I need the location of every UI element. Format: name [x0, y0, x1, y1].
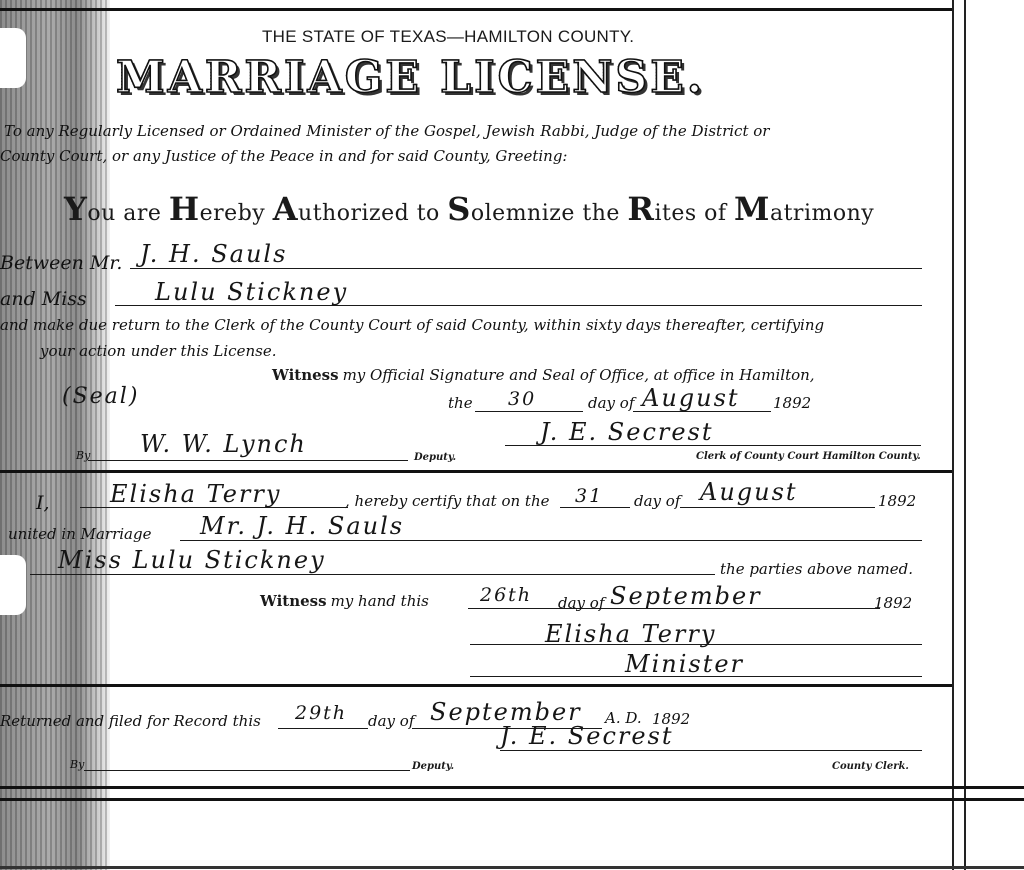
i-label: I,	[36, 492, 50, 514]
auth-cap-r: R	[627, 190, 654, 228]
seal-mark: (Seal)	[62, 384, 139, 409]
cert-groom-name: Mr. J. H. Sauls	[200, 512, 404, 540]
between-label: Between Mr.	[0, 252, 122, 274]
section-divider-1	[0, 470, 952, 473]
return-clerk-line	[500, 750, 922, 751]
cert-month-line	[680, 507, 875, 508]
return-by-label: By	[70, 758, 84, 771]
state-header: THE STATE OF TEXAS—HAMILTON COUNTY.	[262, 27, 634, 47]
return-clerk-signature: J. E. Secrest	[500, 722, 674, 750]
return-deputy-label: Deputy.	[412, 761, 454, 772]
cert-year: 1892	[878, 492, 916, 510]
return-day-line	[278, 728, 368, 729]
cert-month: August	[700, 478, 798, 506]
auth-text: ites of	[654, 201, 734, 226]
witness-text: my Official Signature and Seal of Office…	[343, 366, 815, 384]
bottom-edge	[0, 866, 1024, 869]
salutation-line-2: County Court, or any Justice of the Peac…	[0, 147, 567, 165]
the-label: the	[448, 394, 473, 412]
bottom-rule-1	[0, 786, 1024, 789]
section-divider-2	[0, 684, 952, 687]
cert-witness-word: Witness	[260, 592, 327, 610]
cert-witness-day-of: day of	[558, 594, 604, 612]
united-line	[180, 540, 922, 541]
clerk-signature: J. E. Secrest	[540, 418, 714, 446]
bride-line	[115, 305, 922, 306]
groom-name: J. H. Sauls	[140, 240, 287, 268]
certify-text: , hereby certify that on the	[345, 492, 550, 510]
auth-text: uthorized to	[298, 201, 447, 226]
day-of-label: day of	[588, 394, 634, 412]
witness-word: Witness	[272, 366, 339, 384]
witness-line: Witness my Official Signature and Seal o…	[272, 366, 815, 385]
return-line-2: your action under this License.	[40, 342, 276, 360]
auth-text: olemnize the	[471, 201, 628, 226]
minister-signature: Elisha Terry	[545, 620, 716, 648]
parties-text: the parties above named.	[720, 560, 913, 578]
bottom-rule-2	[0, 798, 1024, 801]
right-border-inner	[952, 0, 954, 870]
license-year: 1892	[773, 394, 811, 412]
return-by-line	[84, 770, 410, 771]
deputy-signature: W. W. Lynch	[140, 430, 307, 458]
punch-hole-bottom	[0, 555, 26, 615]
top-border	[0, 8, 952, 11]
cert-bride-line	[30, 574, 715, 575]
return-clerk-title: County Clerk.	[832, 761, 909, 772]
cert-witness-line: Witness my hand this	[260, 592, 429, 611]
clerk-title: Clerk of County Court Hamilton County.	[696, 451, 921, 462]
document-title: MARRIAGE LICENSE.	[116, 52, 705, 103]
united-label: united in Marriage	[8, 525, 151, 543]
cert-bride-name: Miss Lulu Stickney	[58, 546, 326, 574]
salutation-line-1: To any Regularly Licensed or Ordained Mi…	[4, 122, 769, 140]
groom-line	[130, 268, 922, 269]
minister-title: Minister	[625, 650, 744, 678]
cert-witness-year: 1892	[874, 594, 912, 612]
and-miss-label: and Miss	[0, 288, 87, 310]
bride-name: Lulu Stickney	[155, 278, 348, 306]
cert-witness-month: September	[610, 582, 762, 610]
cert-day-of-label: day of	[634, 492, 680, 510]
punch-hole-top	[0, 28, 26, 88]
cert-day: 31	[575, 485, 603, 507]
auth-text: ereby	[200, 201, 273, 226]
auth-text: atrimony	[770, 201, 874, 226]
cert-witness-day: 26th	[480, 584, 532, 606]
authorization-heading: You are Hereby Authorized to Solemnize t…	[64, 190, 874, 228]
auth-cap-a: A	[273, 190, 298, 228]
cert-day-line	[560, 507, 630, 508]
return-text: Returned and filed for Record this	[0, 712, 261, 730]
license-month: August	[642, 384, 740, 412]
auth-text: ou are	[87, 201, 169, 226]
deputy-label: Deputy.	[414, 452, 456, 463]
right-border-outer	[964, 0, 966, 870]
officiant-name: Elisha Terry	[110, 480, 281, 508]
return-day-of: day of	[368, 712, 414, 730]
return-line-1: and make due return to the Clerk of the …	[0, 316, 824, 334]
auth-cap-s: S	[447, 190, 471, 228]
return-day: 29th	[295, 702, 347, 724]
by-line	[88, 460, 408, 461]
auth-cap-y: Y	[64, 190, 87, 228]
auth-cap-m: M	[734, 190, 770, 228]
cert-witness-text: my hand this	[331, 592, 429, 610]
auth-cap-h: H	[169, 190, 200, 228]
day-line	[475, 411, 583, 412]
license-day: 30	[508, 388, 536, 410]
